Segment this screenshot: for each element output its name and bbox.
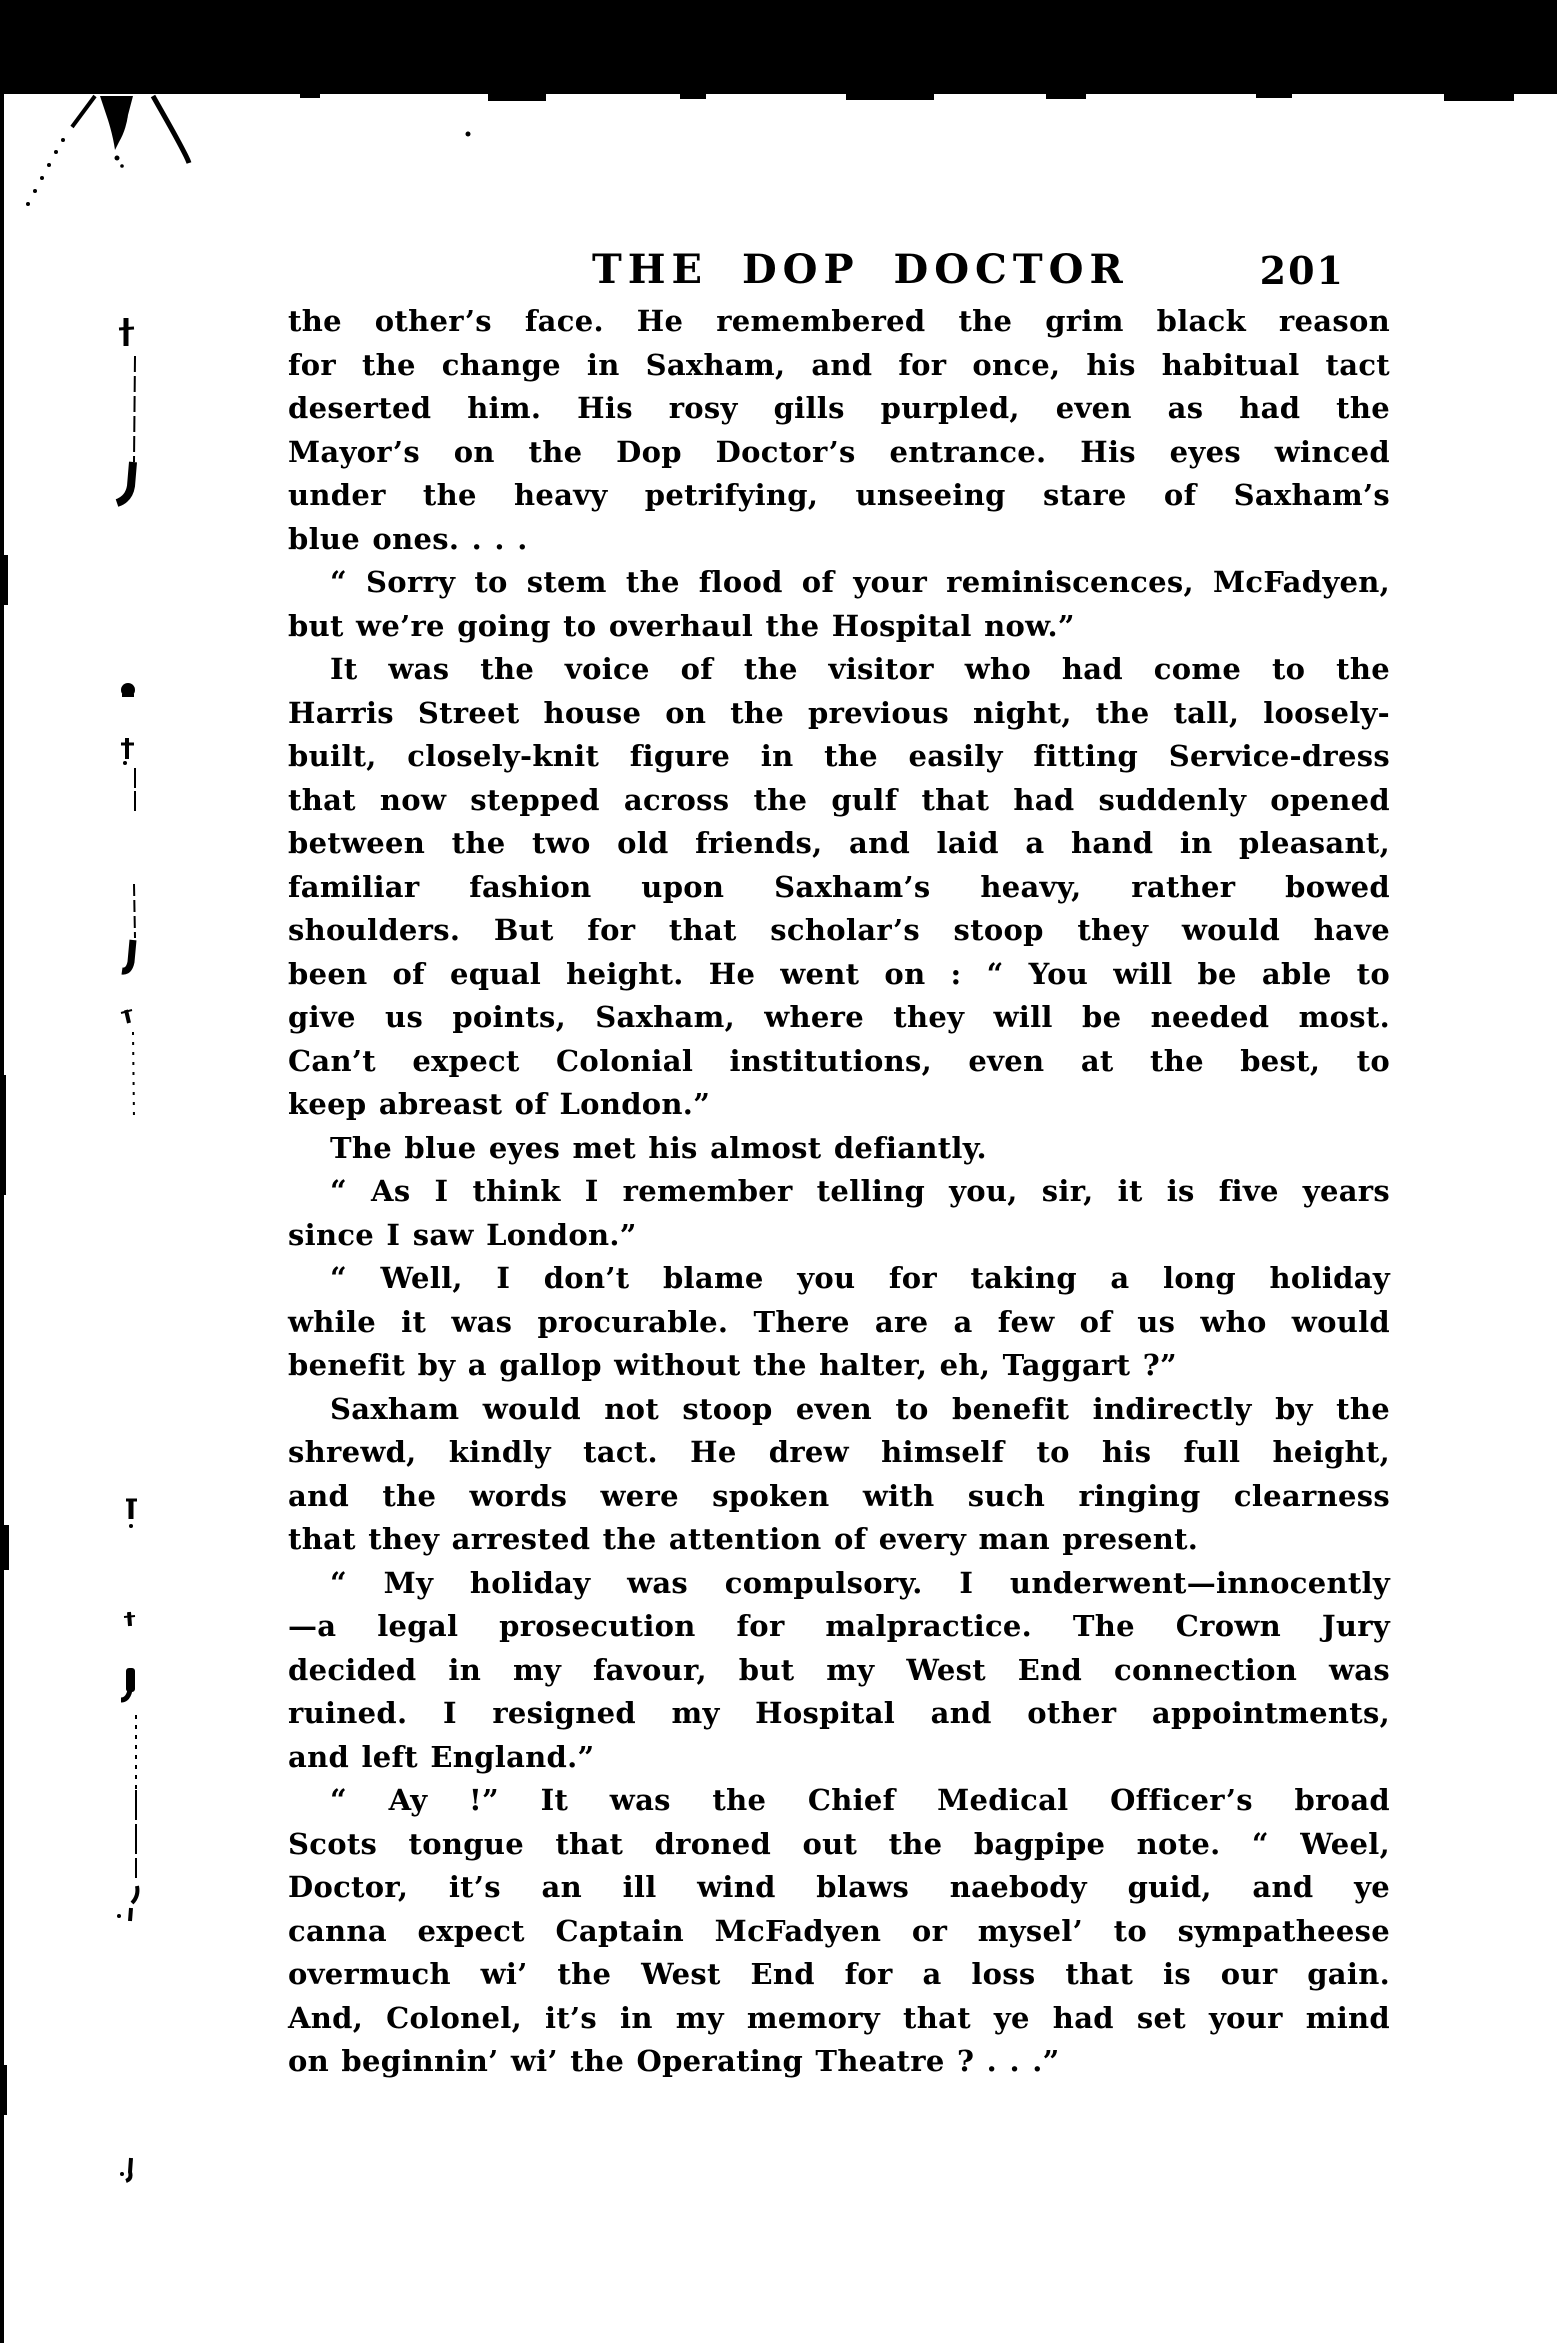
margin-mark-vline-2	[122, 884, 135, 971]
text-line: Harris Street house on the previous nigh…	[288, 692, 1390, 736]
paragraph: “ My holiday was compulsory. I underwent…	[288, 1562, 1390, 1780]
text-line: Saxham would not stoop even to benefit i…	[288, 1388, 1390, 1432]
paragraph: “ Well, I don’t blame you for taking a l…	[288, 1257, 1390, 1388]
speck	[466, 132, 471, 137]
paragraph: the other’s face. He remembered the grim…	[288, 300, 1390, 561]
text-line: “ Ay !” It was the Chief Medical Officer…	[288, 1779, 1390, 1823]
text-line: benefit by a gallop without the halter, …	[288, 1344, 1390, 1388]
text-line: Can’t expect Colonial institutions, even…	[288, 1040, 1390, 1084]
text-line: on beginnin’ wi’ the Operating Theatre ?…	[288, 2040, 1390, 2084]
paragraph: “ Ay !” It was the Chief Medical Officer…	[288, 1779, 1390, 2084]
text-line: —a legal prosecution for malpractice. Th…	[288, 1605, 1390, 1649]
text-line: ruined. I resigned my Hospital and other…	[288, 1692, 1390, 1736]
margin-mark-bottom	[120, 2158, 131, 2181]
text-line: been of equal height. He went on : “ You…	[288, 953, 1390, 997]
paragraph: “ As I think I remember telling you, sir…	[288, 1170, 1390, 1257]
text-line: that they arrested the attention of ever…	[288, 1518, 1390, 1562]
paragraph: It was the voice of the visitor who had …	[288, 648, 1390, 1127]
margin-mark-long-line	[117, 1715, 137, 1921]
text-line: familiar fashion upon Saxham’s heavy, ra…	[288, 866, 1390, 910]
scanner-left-edge	[0, 94, 4, 2343]
text-line: for the change in Saxham, and for once, …	[288, 344, 1390, 388]
top-left-scribble-mark	[26, 96, 189, 206]
margin-mark-j-blob	[121, 1668, 135, 1700]
text-line: “ Well, I don’t blame you for taking a l…	[288, 1257, 1390, 1301]
text-line: give us points, Saxham, where they will …	[288, 996, 1390, 1040]
page-number: 201	[1260, 248, 1345, 293]
scanner-black-band	[0, 0, 1557, 94]
margin-mark-tick-1	[121, 1010, 134, 1120]
page-title: THE DOP DOCTOR	[592, 246, 1129, 293]
text-line: overmuch wi’ the West End for a loss tha…	[288, 1953, 1390, 1997]
scanned-book-page: THE DOP DOCTOR 201 the other’s face. He …	[0, 0, 1557, 2343]
text-line: and left England.”	[288, 1736, 1390, 1780]
margin-mark-t	[124, 1612, 135, 1626]
text-line: but we’re going to overhaul the Hospital…	[288, 605, 1390, 649]
text-line: the other’s face. He remembered the grim…	[288, 300, 1390, 344]
text-line: shrewd, kindly tact. He drew himself to …	[288, 1431, 1390, 1475]
text-line: keep abreast of London.”	[288, 1083, 1390, 1127]
text-line: shoulders. But for that scholar’s stoop …	[288, 909, 1390, 953]
text-line: while it was procurable. There are a few…	[288, 1301, 1390, 1345]
text-line: “ Sorry to stem the flood of your remini…	[288, 561, 1390, 605]
text-line: under the heavy petrifying, unseeing sta…	[288, 474, 1390, 518]
band-ragged-edge	[300, 94, 1514, 101]
text-line: The blue eyes met his almost defiantly.	[288, 1127, 1390, 1171]
text-line: between the two old friends, and laid a …	[288, 822, 1390, 866]
text-line: built, closely-knit figure in the easily…	[288, 735, 1390, 779]
margin-mark-dagger-top	[117, 318, 135, 503]
margin-mark-i	[126, 1500, 137, 1528]
text-line: And, Colonel, it’s in my memory that ye …	[288, 1997, 1390, 2041]
text-line: “ As I think I remember telling you, sir…	[288, 1170, 1390, 1214]
text-line: blue ones. . . .	[288, 518, 1390, 562]
paragraph: “ Sorry to stem the flood of your remini…	[288, 561, 1390, 648]
body-text: the other’s face. He remembered the grim…	[288, 300, 1390, 2084]
text-line: and the words were spoken with such ring…	[288, 1475, 1390, 1519]
text-line: that now stepped across the gulf that ha…	[288, 779, 1390, 823]
text-line: Scots tongue that droned out the bagpipe…	[288, 1823, 1390, 1867]
margin-mark-dagger-small	[121, 738, 134, 765]
text-line: Doctor, it’s an ill wind blaws naebody g…	[288, 1866, 1390, 1910]
text-line: canna expect Captain McFadyen or mysel’ …	[288, 1910, 1390, 1954]
text-line: “ My holiday was compulsory. I underwent…	[288, 1562, 1390, 1606]
paragraph: Saxham would not stoop even to benefit i…	[288, 1388, 1390, 1562]
running-header: THE DOP DOCTOR 201	[0, 246, 1557, 292]
text-line: since I saw London.”	[288, 1214, 1390, 1258]
text-line: It was the voice of the visitor who had …	[288, 648, 1390, 692]
text-line: deserted him. His rosy gills purpled, ev…	[288, 387, 1390, 431]
text-line: Mayor’s on the Dop Doctor’s entrance. Hi…	[288, 431, 1390, 475]
margin-mark-blob	[121, 683, 135, 697]
paragraph: The blue eyes met his almost defiantly.	[288, 1127, 1390, 1171]
text-line: decided in my favour, but my West End co…	[288, 1649, 1390, 1693]
